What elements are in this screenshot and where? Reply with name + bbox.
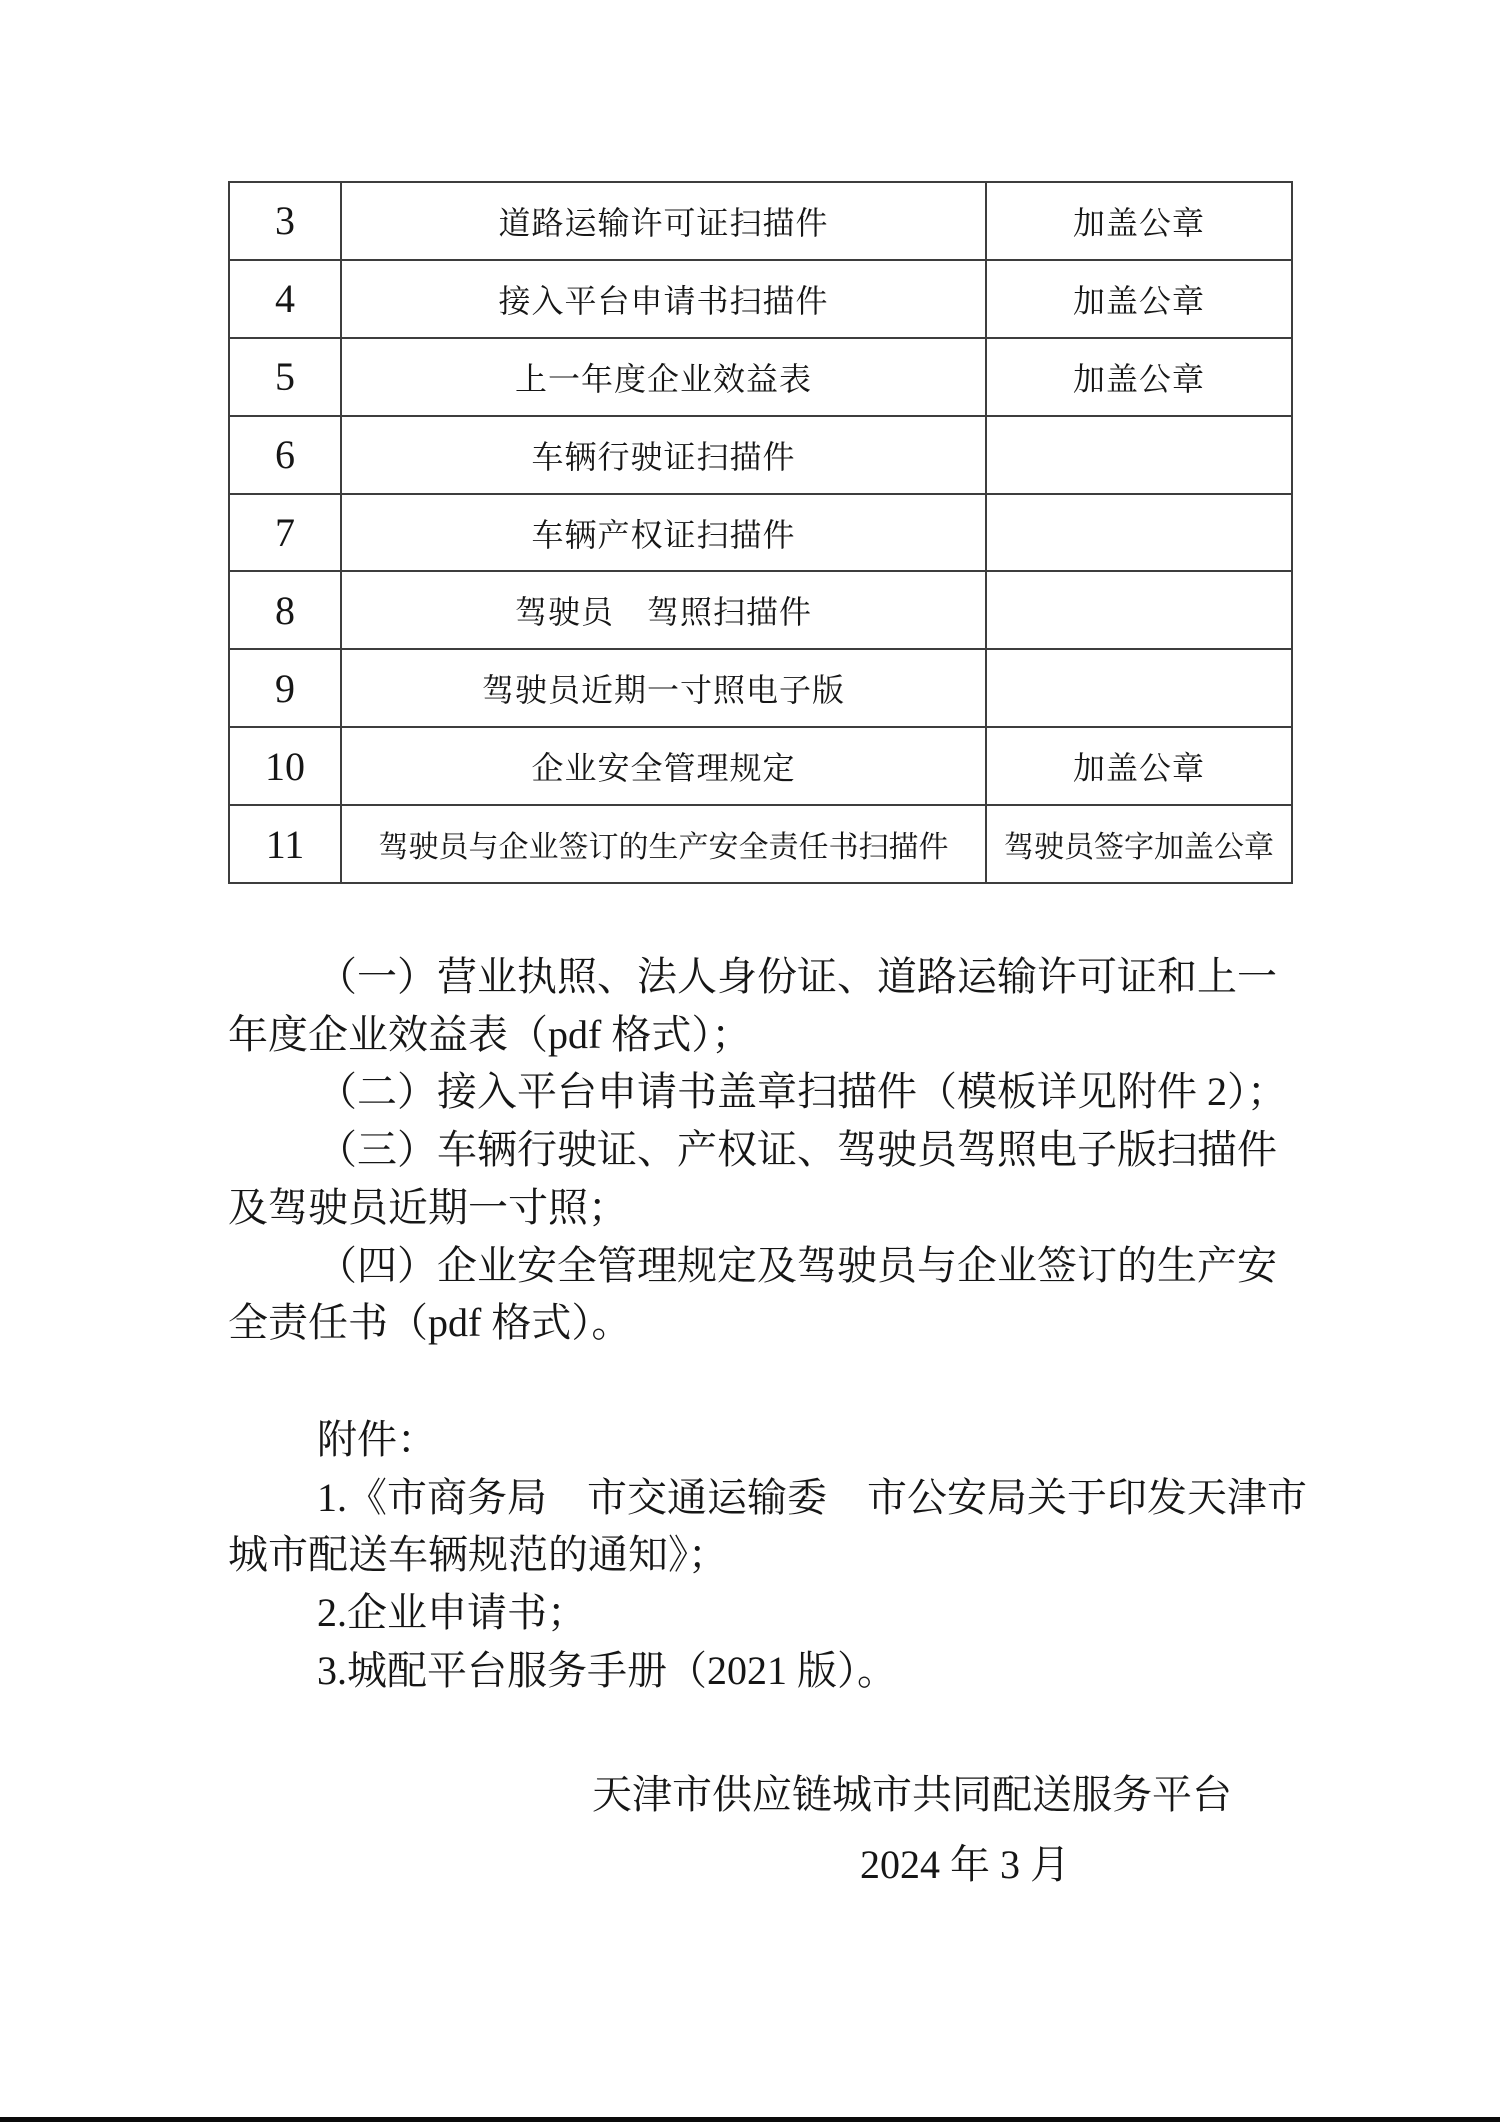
remark-cell: 加盖公章 [986,260,1292,338]
table-row: 11 驾驶员与企业签订的生产安全责任书扫描件 驾驶员签字加盖公章 [229,805,1292,883]
attachment-line: 1.《市商务局 市交通运输委 市公安局关于印发天津市 [228,1469,1303,1527]
remark-cell [986,494,1292,572]
row-number-cell: 10 [229,727,341,805]
body-line: （三）车辆行驶证、产权证、驾驶员驾照电子版扫描件 [228,1121,1303,1179]
body-line: （一）营业执照、法人身份证、道路运输许可证和上一 [228,948,1303,1006]
row-number-cell: 7 [229,494,341,572]
remark-cell [986,416,1292,494]
remark-cell: 加盖公章 [986,182,1292,260]
table-row: 6 车辆行驶证扫描件 [229,416,1292,494]
table-row: 10 企业安全管理规定 加盖公章 [229,727,1292,805]
row-number-cell: 3 [229,182,341,260]
material-name-cell: 驾驶员与企业签订的生产安全责任书扫描件 [341,805,986,883]
materials-table: 3 道路运输许可证扫描件 加盖公章 4 接入平台申请书扫描件 加盖公章 5 上一… [228,181,1293,884]
body-line: 全责任书（pdf 格式）。 [228,1294,1303,1352]
remark-cell [986,571,1292,649]
row-number-cell: 4 [229,260,341,338]
material-name-cell: 企业安全管理规定 [341,727,986,805]
material-name-cell: 接入平台申请书扫描件 [341,260,986,338]
row-number-cell: 11 [229,805,341,883]
material-name-cell: 道路运输许可证扫描件 [341,182,986,260]
material-name-cell: 上一年度企业效益表 [341,338,986,416]
attachment-line: 城市配送车辆规范的通知》； [228,1526,1303,1584]
material-name-cell: 驾驶员 驾照扫描件 [341,571,986,649]
body-line: （四）企业安全管理规定及驾驶员与企业签订的生产安 [228,1237,1303,1295]
material-name-cell: 车辆产权证扫描件 [341,494,986,572]
body-paragraphs: （一）营业执照、法人身份证、道路运输许可证和上一 年度企业效益表（pdf 格式）… [228,948,1303,1352]
document-page: 3 道路运输许可证扫描件 加盖公章 4 接入平台申请书扫描件 加盖公章 5 上一… [0,0,1500,2122]
table-row: 5 上一年度企业效益表 加盖公章 [229,338,1292,416]
body-line: 年度企业效益表（pdf 格式）； [228,1006,1303,1064]
page-bottom-edge [0,2117,1500,2122]
date-line: 2024 年 3 月 [860,1836,1070,1894]
remark-cell [986,649,1292,727]
row-number-cell: 5 [229,338,341,416]
attachment-line: 3.城配平台服务手册（2021 版）。 [228,1642,1303,1700]
row-number-cell: 8 [229,571,341,649]
attachment-line: 2.企业申请书； [228,1584,1303,1642]
remark-cell: 加盖公章 [986,727,1292,805]
body-line: 及驾驶员近期一寸照； [228,1179,1303,1237]
table-row: 4 接入平台申请书扫描件 加盖公章 [229,260,1292,338]
row-number-cell: 6 [229,416,341,494]
remark-cell: 驾驶员签字加盖公章 [986,805,1292,883]
row-number-cell: 9 [229,649,341,727]
table-row: 7 车辆产权证扫描件 [229,494,1292,572]
table-row: 8 驾驶员 驾照扫描件 [229,571,1292,649]
table-row: 9 驾驶员近期一寸照电子版 [229,649,1292,727]
material-name-cell: 车辆行驶证扫描件 [341,416,986,494]
body-line: （二）接入平台申请书盖章扫描件（模板详见附件 2）； [228,1063,1303,1121]
remark-cell: 加盖公章 [986,338,1292,416]
table-row: 3 道路运输许可证扫描件 加盖公章 [229,182,1292,260]
attachments-list: 附件： 1.《市商务局 市交通运输委 市公安局关于印发天津市 城市配送车辆规范的… [228,1411,1303,1700]
material-name-cell: 驾驶员近期一寸照电子版 [341,649,986,727]
attachments-heading: 附件： [228,1411,1303,1469]
signature-line: 天津市供应链城市共同配送服务平台 [592,1766,1232,1824]
